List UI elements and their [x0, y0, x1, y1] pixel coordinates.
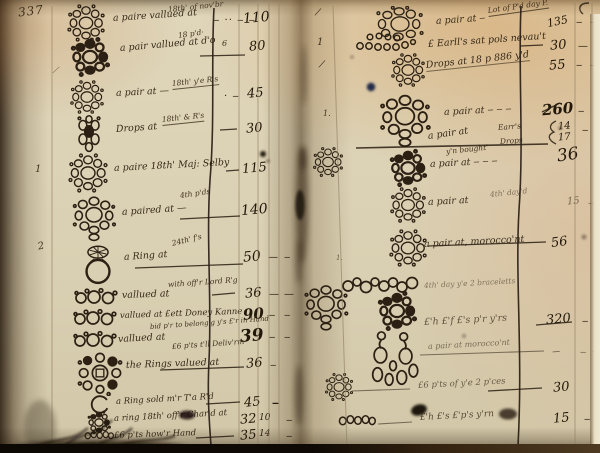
margin-mark: 1	[317, 38, 323, 48]
ledger-open-pages	[0, 0, 600, 453]
margin-mark: 1	[35, 165, 41, 175]
margin-mark: 1.	[336, 255, 343, 262]
book-bottom-edge	[0, 444, 600, 453]
page-number: 337	[17, 3, 44, 18]
facing-page-fore-edge	[590, 14, 600, 445]
margin-mark: 1.	[323, 110, 331, 118]
ledger-photo: 337 / 1 2 / 1 / 1. 1. a paire vallued at…	[0, 0, 600, 453]
